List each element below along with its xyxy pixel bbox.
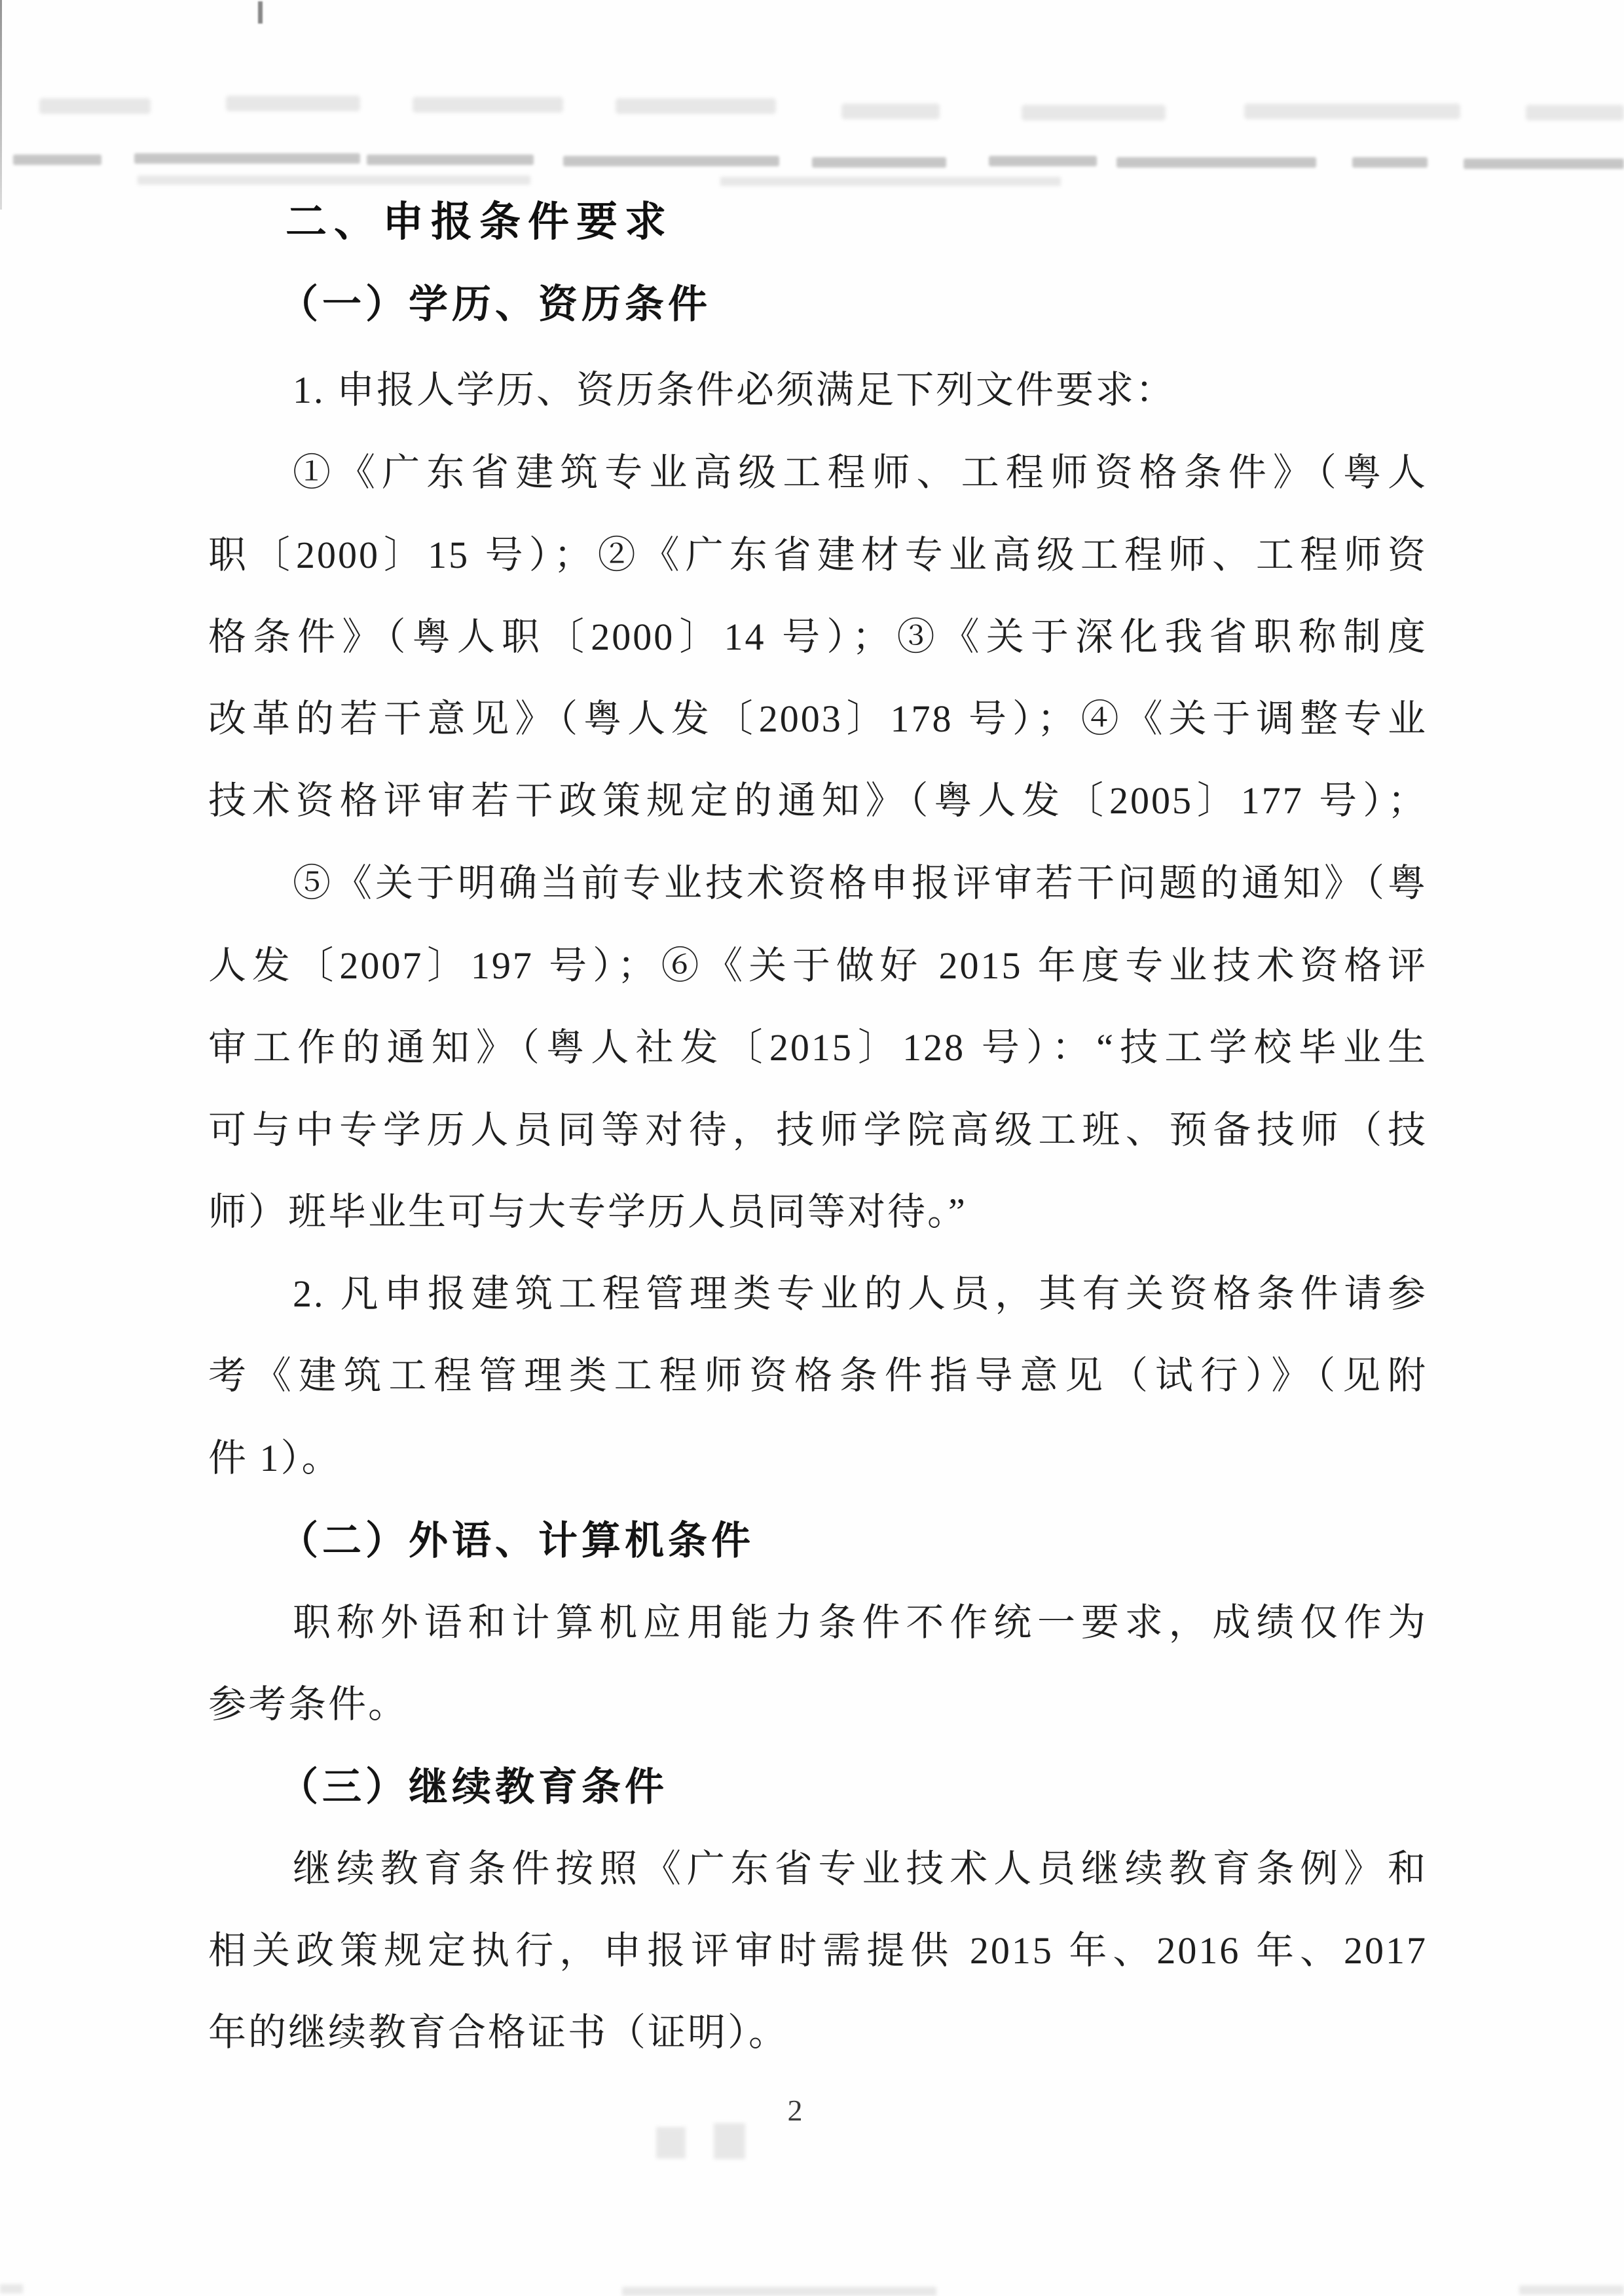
scan-artifact (1022, 105, 1166, 120)
scan-artifact (714, 2123, 745, 2159)
doc-line: 改革的若干意见》（粤人发〔2003〕178 号）；④《关于调整专业 (208, 695, 1428, 743)
scan-artifact (0, 2284, 23, 2293)
scan-artifact (989, 156, 1097, 166)
doc-line: 审工作的通知》（粤人社发〔2015〕128 号）：“技工学校毕业生 (208, 1024, 1428, 1072)
doc-line: 继续教育条件按照《广东省专业技术人员继续教育条例》和 (293, 1845, 1428, 1893)
scan-artifact (226, 96, 360, 111)
doc-line: 件 1）。 (208, 1435, 342, 1483)
doc-line: 格条件》（粤人职〔2000〕14 号）；③《关于深化我省职称制度 (208, 614, 1428, 661)
scan-artifact (413, 97, 563, 113)
scan-artifact (1464, 158, 1624, 169)
doc-line: 年的继续教育合格证书（证明）。 (208, 2009, 788, 2057)
doc-line: 1. 申报人学历、资历条件必须满足下列文件要求： (293, 367, 1175, 415)
scan-artifact (39, 98, 151, 114)
section-heading: 二、申报条件要求 (286, 196, 673, 248)
scan-artifact (1352, 157, 1428, 168)
doc-line: 职〔2000〕15 号）；②《广东省建材专业高级工程师、工程师资 (208, 532, 1428, 580)
document-page: 二、申报条件要求 （一）学历、资历条件 1. 申报人学历、资历条件必须满足下列文… (0, 0, 1624, 2296)
doc-line: 可与中专学历人员同等对待，技师学院高级工班、预备技师（技 (208, 1107, 1428, 1155)
doc-line: ①《广东省建筑专业高级工程师、工程师资格条件》（粤人 (293, 449, 1428, 497)
scan-artifact-page-edge (0, 0, 2, 210)
scan-artifact (1116, 157, 1316, 168)
doc-line: 考《建筑工程管理类工程师资格条件指导意见（试行）》（见附 (208, 1352, 1428, 1400)
scan-artifact (1244, 103, 1460, 119)
doc-line: 技术资格评审若干政策规定的通知》（粤人发〔2005〕177 号）； (208, 777, 1428, 825)
doc-line: 相关政策规定执行，申报评审时需提供 2015 年、2016 年、2017 (208, 1927, 1428, 1975)
scan-artifact (616, 98, 776, 114)
scan-artifact (1519, 2286, 1624, 2295)
scan-artifact (13, 155, 101, 165)
doc-line: 师）班毕业生可与大专学历人员同等对待。” (208, 1189, 967, 1236)
doc-line: 参考条件。 (208, 1681, 408, 1729)
scan-artifact (622, 2287, 936, 2296)
page-number: 2 (0, 2093, 1590, 2128)
scan-artifact (841, 103, 940, 119)
scan-artifact (134, 153, 360, 164)
scan-artifact (720, 177, 1061, 186)
doc-line: ⑤《关于明确当前专业技术资格申报评审若干问题的通知》（粤 (293, 860, 1428, 908)
scan-artifact (812, 157, 946, 168)
scan-artifact (563, 156, 779, 166)
doc-line: 2. 凡申报建筑工程管理类专业的人员，其有关资格条件请参 (293, 1270, 1428, 1318)
doc-line: 职称外语和计算机应用能力条件不作统一要求，成绩仅作为 (293, 1599, 1428, 1647)
subsection-heading: （二）外语、计算机条件 (279, 1517, 754, 1566)
scan-artifact (1526, 105, 1624, 120)
scan-artifact (656, 2127, 686, 2158)
subsection-heading: （三）继续教育条件 (279, 1763, 668, 1812)
scan-artifact-tick (258, 1, 263, 24)
scan-artifact (367, 155, 534, 165)
doc-line: 人发〔2007〕197 号）；⑥《关于做好 2015 年度专业技术资格评 (208, 942, 1428, 990)
subsection-heading: （一）学历、资历条件 (279, 280, 711, 329)
scan-artifact (138, 176, 530, 185)
